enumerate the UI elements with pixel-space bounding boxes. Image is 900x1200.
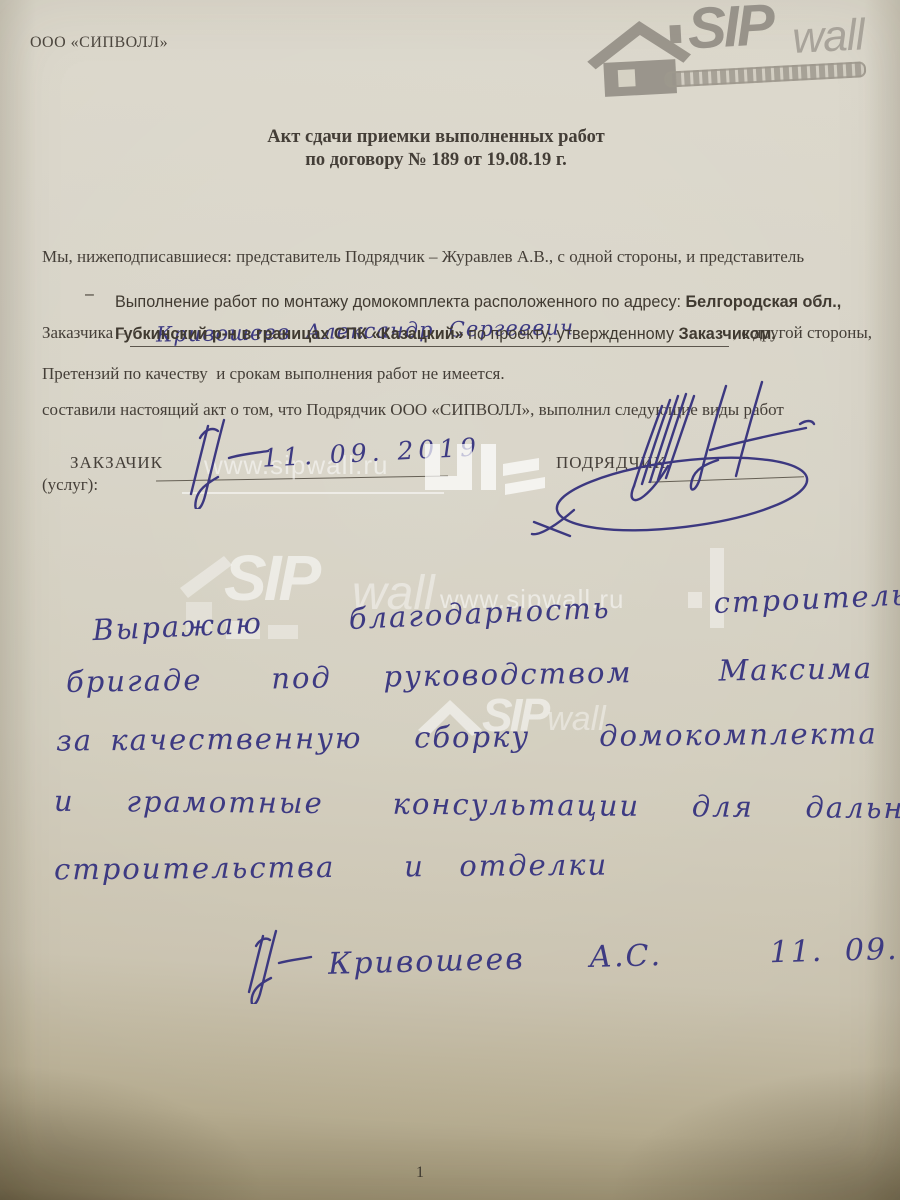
doc-title-line2: по договору № 189 от 19.08.19 г. (0, 149, 872, 172)
bullet-dash: – (85, 286, 115, 350)
paragraph-line-1: Мы, нижеподписавшиеся: представитель Под… (42, 244, 872, 269)
work-item-bullet: – Выполнение работ по монтажу домокомпле… (85, 286, 850, 350)
customer-label: ЗАКЗАЧИК (70, 453, 163, 473)
note-line-2: бригаде под руководством Максима (66, 651, 874, 699)
logo-text-wall: wall (791, 13, 865, 61)
watermark-blocks-icon (425, 438, 545, 506)
doc-title-line1: Акт сдачи приемки выполненных работ (0, 126, 872, 149)
house-icon (581, 12, 697, 102)
watermark-sip-text: SIP (224, 546, 318, 610)
bullet-normal-1: Выполнение работ по монтажу домокомплект… (115, 293, 686, 311)
bullet-text: Выполнение работ по монтажу домокомплект… (115, 286, 850, 350)
claims-line: Претензий по качеству и срокам выполнени… (42, 364, 505, 384)
doc-title: Акт сдачи приемки выполненных работ по д… (0, 126, 872, 172)
note-signoff: Кривошеев А.С. 11. 09. 2019 (328, 929, 900, 982)
contractor-signature-stroke (530, 378, 830, 543)
sipwall-logo: SIP wall (581, 0, 891, 110)
company-name: ООО «СИПВОЛЛ» (30, 34, 168, 52)
bullet-normal-2: по проекту, утвержденному (464, 325, 679, 343)
note-line-4: и грамотные консультации для дальнейшего (54, 784, 900, 827)
note-line-5: строительства и отделки (54, 848, 608, 887)
note-line-3: за качественную сборку домокомплекта (56, 716, 878, 757)
bullet-bold-customer: Заказчиком. (679, 325, 776, 343)
page-number: 1 (416, 1164, 424, 1182)
document-photo: ООО «СИПВОЛЛ» SIP wall Акт сдачи приемки… (0, 0, 900, 1200)
logo-text-sip: SIP (686, 0, 773, 58)
note-signature-stroke (233, 926, 323, 1004)
